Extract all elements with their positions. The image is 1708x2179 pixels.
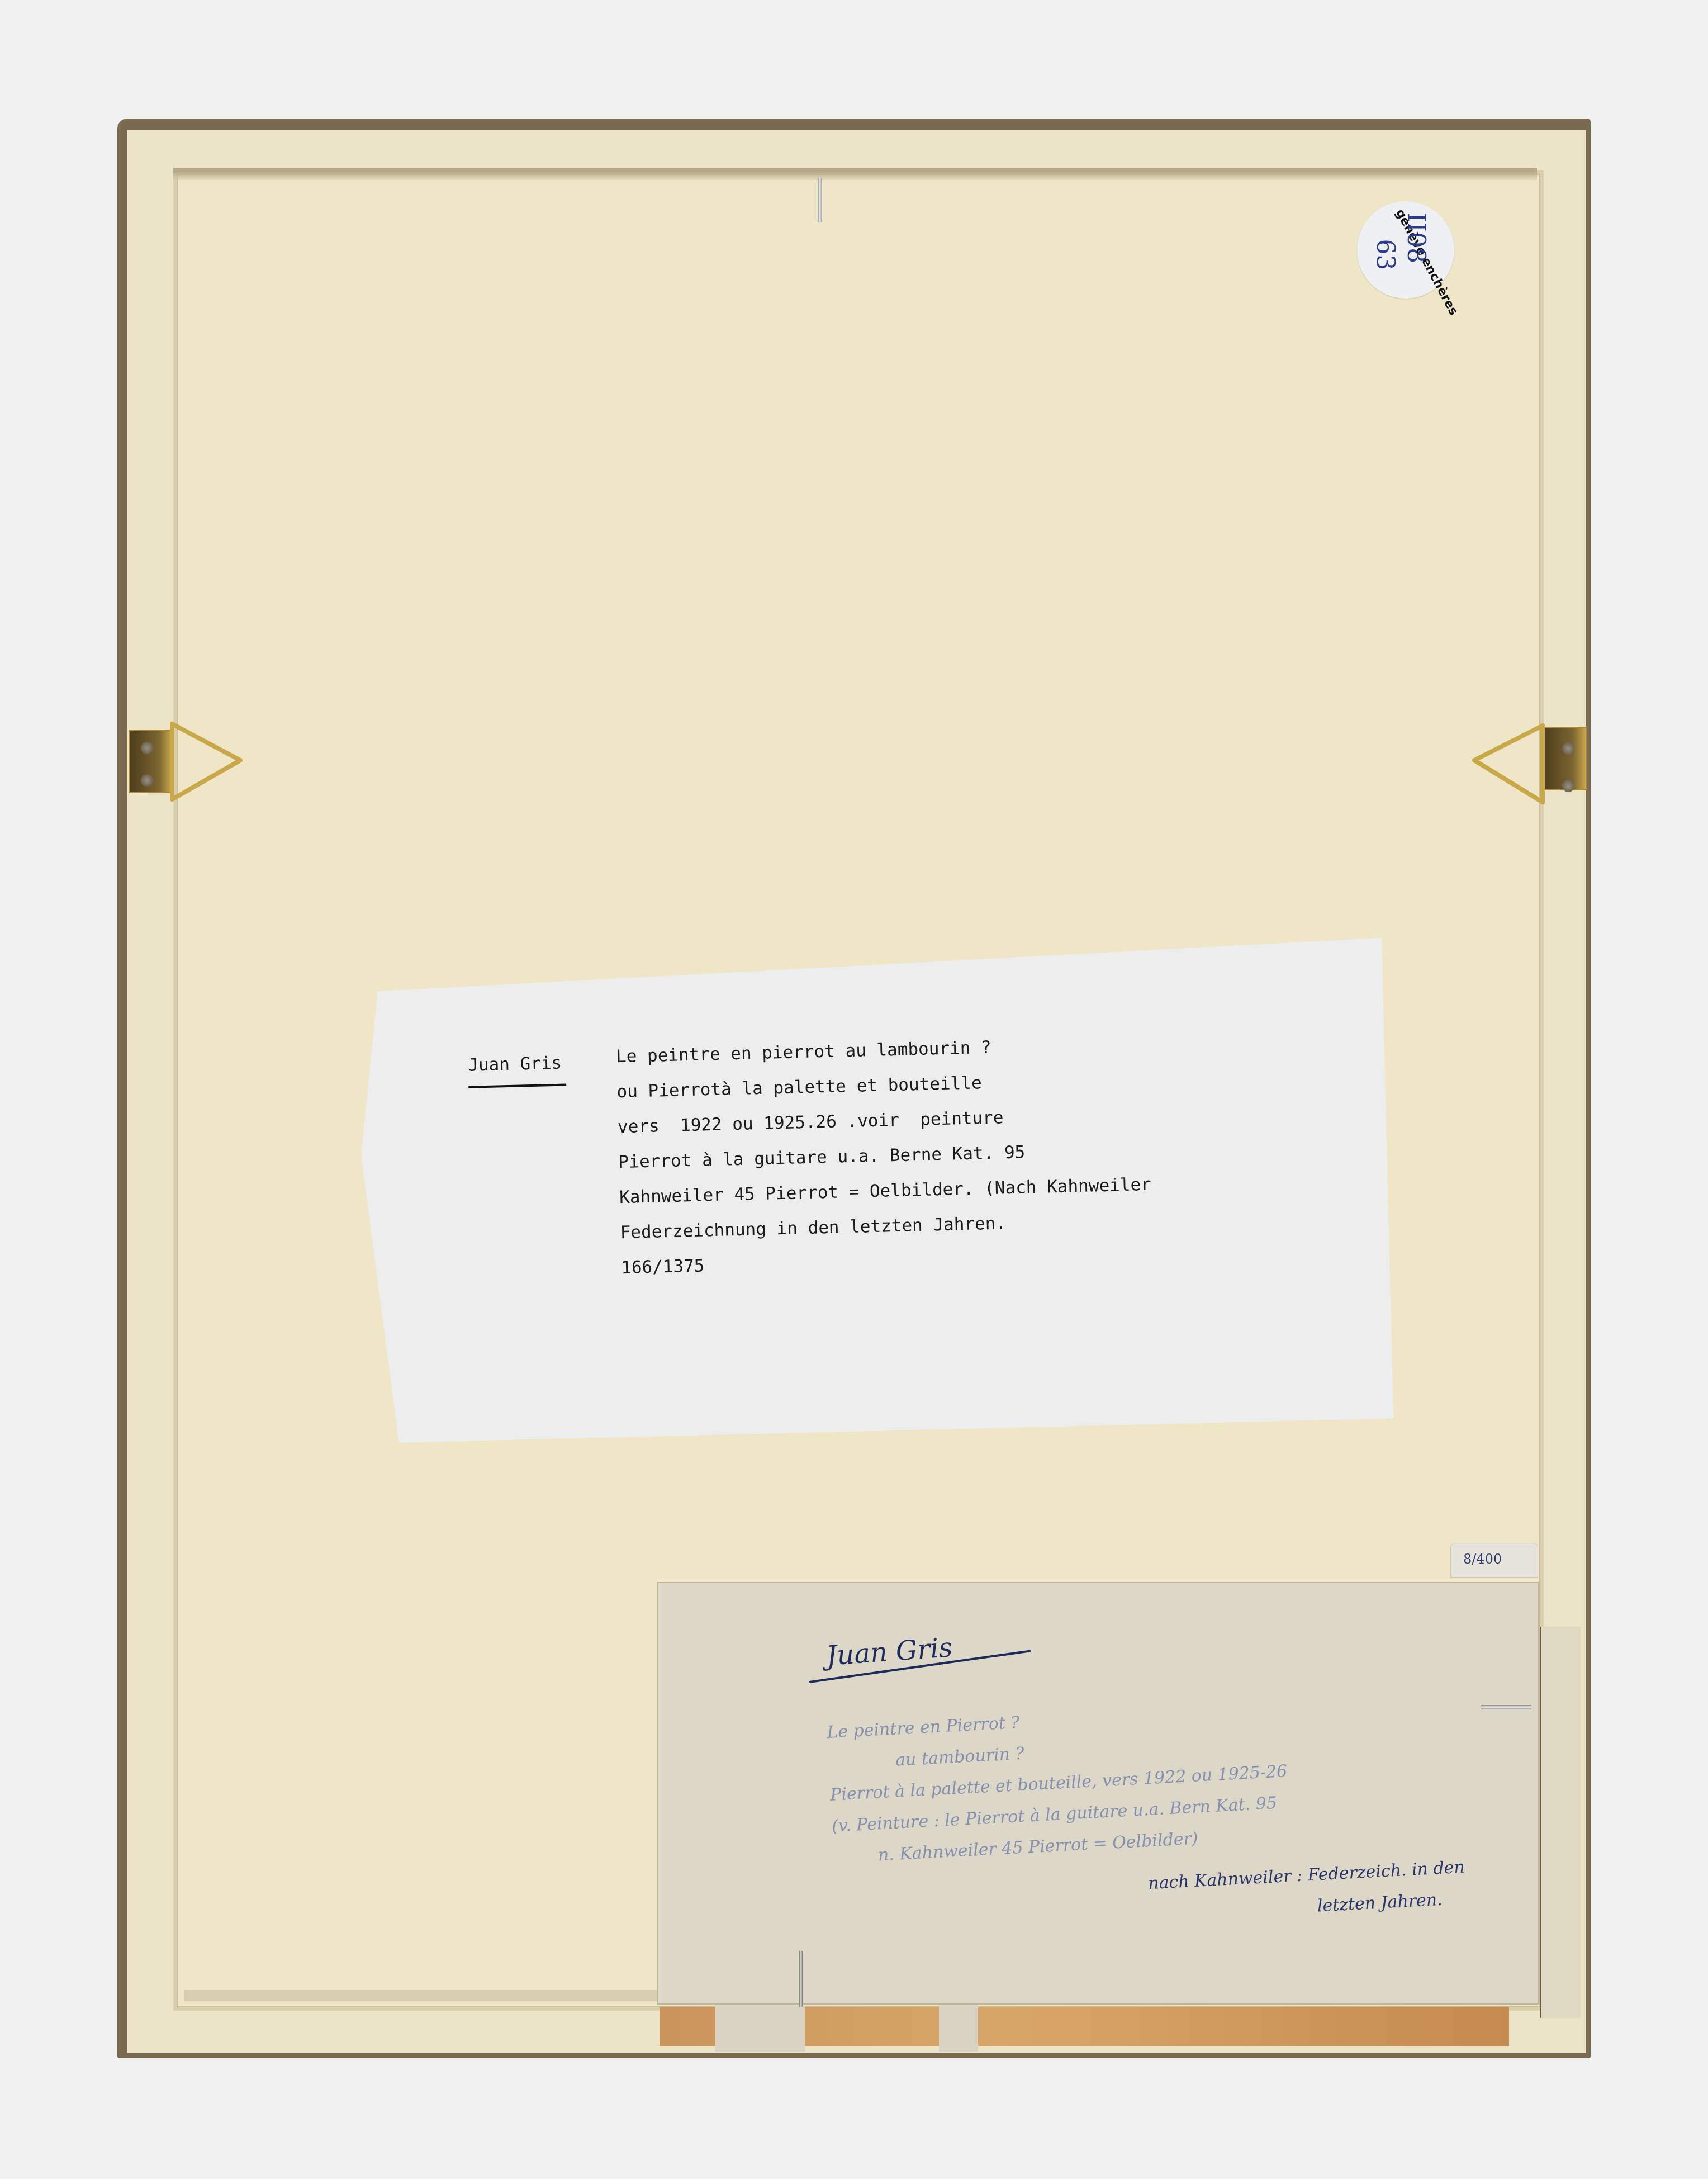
typed-body: Le peintre en pierrot au lambourin ? ou … [615,1026,1153,1286]
paper-tab [715,2004,805,2052]
triangle-ring-icon [129,718,246,802]
torn-paper-tape-top [173,168,1537,180]
card-side-strip [1540,1627,1581,2018]
handwritten-card: Juan Gris Le peintre en Pierrot ? au tam… [657,1582,1539,2005]
left-triangle-hanger [129,718,246,802]
top-nail [818,178,822,222]
typed-label: Juan Gris Le peintre en pierrot au lambo… [357,938,1393,1444]
author-underline [468,1083,566,1088]
price-tag-text: 8/400 [1463,1551,1502,1567]
sticker-lot-number: 63 [1371,239,1399,271]
right-triangle-hanger [1470,716,1587,799]
auction-sticker: genève enchères II08 63 [1357,201,1454,299]
card-side-nail [1481,1705,1531,1709]
handwritten-author: Juan Gris [825,1632,953,1672]
typed-author: Juan Gris [468,1053,562,1076]
handwritten-notes: Le peintre en Pierrot ? au tambourin ? P… [826,1684,1467,1947]
paper-tab [939,2004,978,2052]
triangle-ring-icon [1470,716,1587,805]
sticker-lot-code: II08 [1402,212,1430,263]
card-bottom-nail [799,1951,803,2007]
price-tag: 8/400 [1450,1543,1538,1578]
